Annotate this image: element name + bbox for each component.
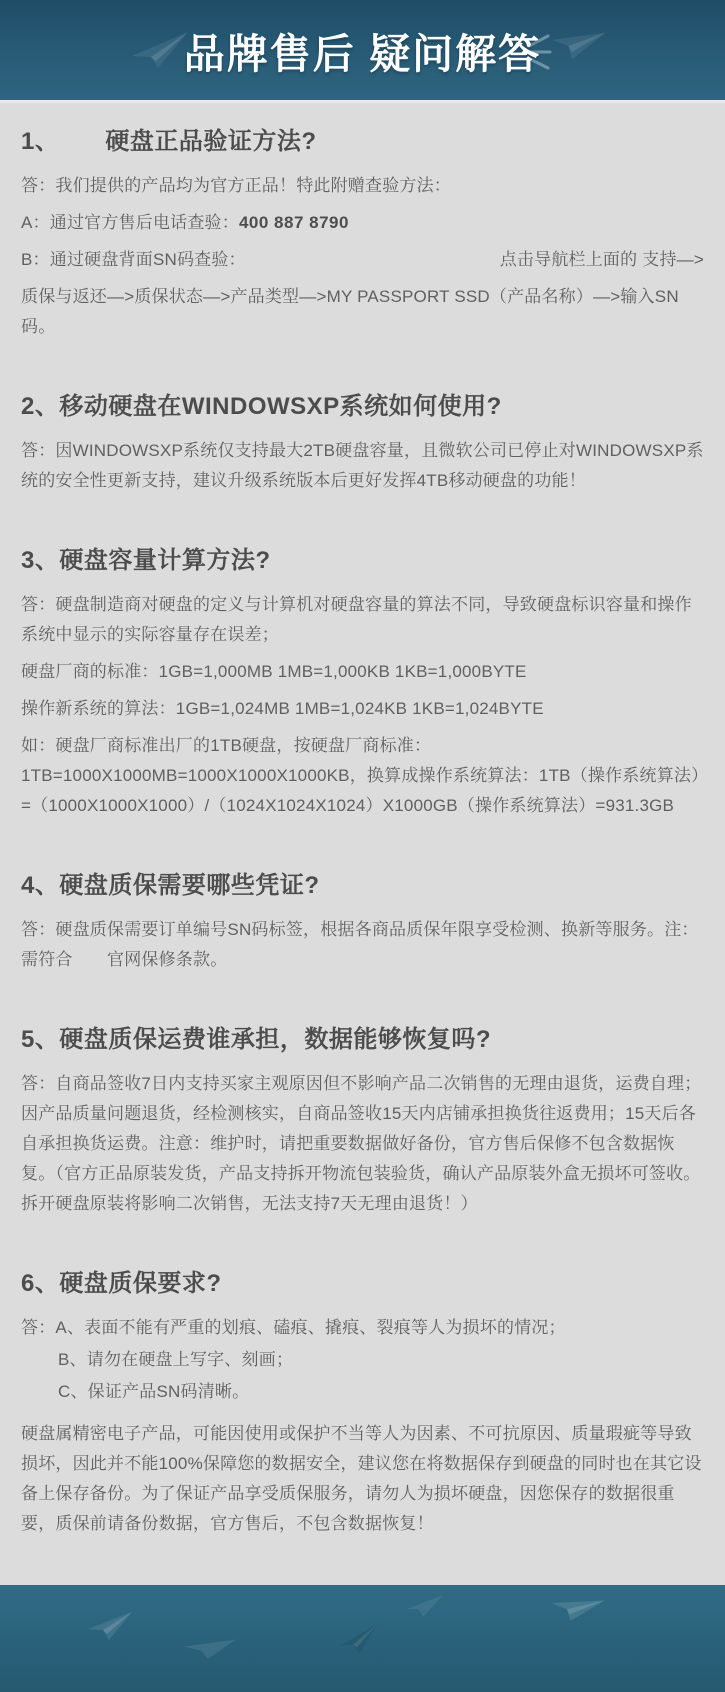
faq-body: 1、硬盘正品验证方法? 答：我们提供的产品均为官方正品！特此附赠查验方法： A：… — [0, 103, 725, 1585]
answer-paragraph: 答：自商品签收7日内支持买家主观原因但不影响产品二次销售的无理由退货，运费自理；… — [21, 1069, 704, 1219]
phone-check-label: A：通过官方售后电话查验： — [21, 213, 239, 232]
question-number: 4、 — [21, 872, 59, 899]
answer-line-a: A：通过官方售后电话查验：400 887 8790 — [21, 208, 704, 238]
question-heading: 2、移动硬盘在WINDOWSXP系统如何使用? — [21, 386, 704, 421]
page-title: 品牌售后 疑问解答 — [184, 21, 541, 80]
requirement-item-c: C、保证产品SN码清晰。 — [21, 1377, 704, 1407]
question-heading: 1、硬盘正品验证方法? — [21, 121, 704, 156]
question-text: 硬盘正品验证方法? — [105, 128, 316, 155]
question-heading: 5、硬盘质保运费谁承担，数据能够恢复吗? — [21, 1019, 704, 1054]
faq-section-4: 4、硬盘质保需要哪些凭证? 答：硬盘质保需要订单编号SN码标签，根据各商品质保年… — [21, 865, 704, 975]
sn-check-path: 质保与返还—>质保状态—>产品类型—>MY PASSPORT SSD（产品名称）… — [21, 282, 704, 342]
paper-plane-icon — [180, 1629, 238, 1666]
question-number: 6、 — [21, 1270, 59, 1297]
faq-section-6: 6、硬盘质保要求? 答：A、表面不能有严重的划痕、磕痕、撬痕、裂痕等人为损坏的情… — [21, 1263, 704, 1539]
faq-section-5: 5、硬盘质保运费谁承担，数据能够恢复吗? 答：自商品签收7日内支持买家主观原因但… — [21, 1019, 704, 1219]
vendor-standard-line: 硬盘厂商的标准：1GB=1,000MB 1MB=1,000KB 1KB=1,00… — [21, 657, 704, 687]
data-safety-note: 硬盘属精密电子产品，可能因使用或保护不当等人为因素、不可抗原因、质量瑕疵等导致损… — [21, 1419, 704, 1539]
question-text: 硬盘质保运费谁承担，数据能够恢复吗? — [59, 1026, 491, 1053]
paper-plane-icon — [544, 1585, 608, 1633]
answer-line-b: B：通过硬盘背面SN码查验：点击导航栏上面的 支持—> — [21, 245, 704, 275]
question-heading: 3、硬盘容量计算方法? — [21, 540, 704, 575]
os-standard-line: 操作新系统的算法：1GB=1,024MB 1MB=1,024KB 1KB=1,0… — [21, 694, 704, 724]
question-number: 2、 — [21, 393, 59, 420]
paper-plane-icon — [85, 1609, 135, 1643]
paper-plane-icon — [544, 16, 611, 73]
header-banner: 品牌售后 疑问解答 — [0, 0, 725, 103]
nav-hint-text: 点击导航栏上面的 支持—> — [500, 245, 704, 275]
question-text: 移动硬盘在WINDOWSXP系统如何使用? — [59, 393, 502, 420]
paper-plane-icon — [128, 28, 192, 74]
question-heading: 4、硬盘质保需要哪些凭证? — [21, 865, 704, 900]
paper-plane-icon — [334, 1622, 384, 1658]
capacity-example: 如：硬盘厂商标准出厂的1TB硬盘，按硬盘厂商标准：1TB=1000X1000MB… — [21, 731, 704, 821]
service-phone-number: 400 887 8790 — [239, 213, 349, 232]
paper-plane-icon — [405, 1593, 445, 1619]
answer-paragraph: 答：硬盘质保需要订单编号SN码标签，根据各商品质保年限享受检测、换新等服务。注：… — [21, 915, 704, 975]
faq-section-3: 3、硬盘容量计算方法? 答：硬盘制造商对硬盘的定义与计算机对硬盘容量的算法不同，… — [21, 540, 704, 821]
requirement-item-b: B、请勿在硬盘上写字、刻画； — [21, 1345, 704, 1375]
question-number: 1、 — [21, 128, 59, 155]
footer-banner — [0, 1585, 725, 1692]
question-text: 硬盘质保需要哪些凭证? — [59, 872, 319, 899]
answer-intro: 答：硬盘制造商对硬盘的定义与计算机对硬盘容量的算法不同，导致硬盘标识容量和操作系… — [21, 590, 704, 650]
question-number: 5、 — [21, 1026, 59, 1053]
question-text: 硬盘容量计算方法? — [59, 547, 270, 574]
requirement-item-a: 答：A、表面不能有严重的划痕、磕痕、撬痕、裂痕等人为损坏的情况； — [21, 1313, 704, 1343]
question-heading: 6、硬盘质保要求? — [21, 1263, 704, 1298]
answer-paragraph: 答：因WINDOWSXP系统仅支持最大2TB硬盘容量，且微软公司已停止对WIND… — [21, 436, 704, 496]
faq-section-2: 2、移动硬盘在WINDOWSXP系统如何使用? 答：因WINDOWSXP系统仅支… — [21, 386, 704, 496]
faq-page: 品牌售后 疑问解答 1、硬盘正品验证方法? 答：我们提供的产品均为官方正品！特此… — [0, 0, 725, 1692]
faq-section-1: 1、硬盘正品验证方法? 答：我们提供的产品均为官方正品！特此附赠查验方法： A：… — [21, 121, 704, 342]
sn-check-label: B：通过硬盘背面SN码查验： — [21, 245, 246, 275]
question-number: 3、 — [21, 547, 59, 574]
answer-intro: 答：我们提供的产品均为官方正品！特此附赠查验方法： — [21, 171, 704, 201]
question-text: 硬盘质保要求? — [59, 1270, 221, 1297]
